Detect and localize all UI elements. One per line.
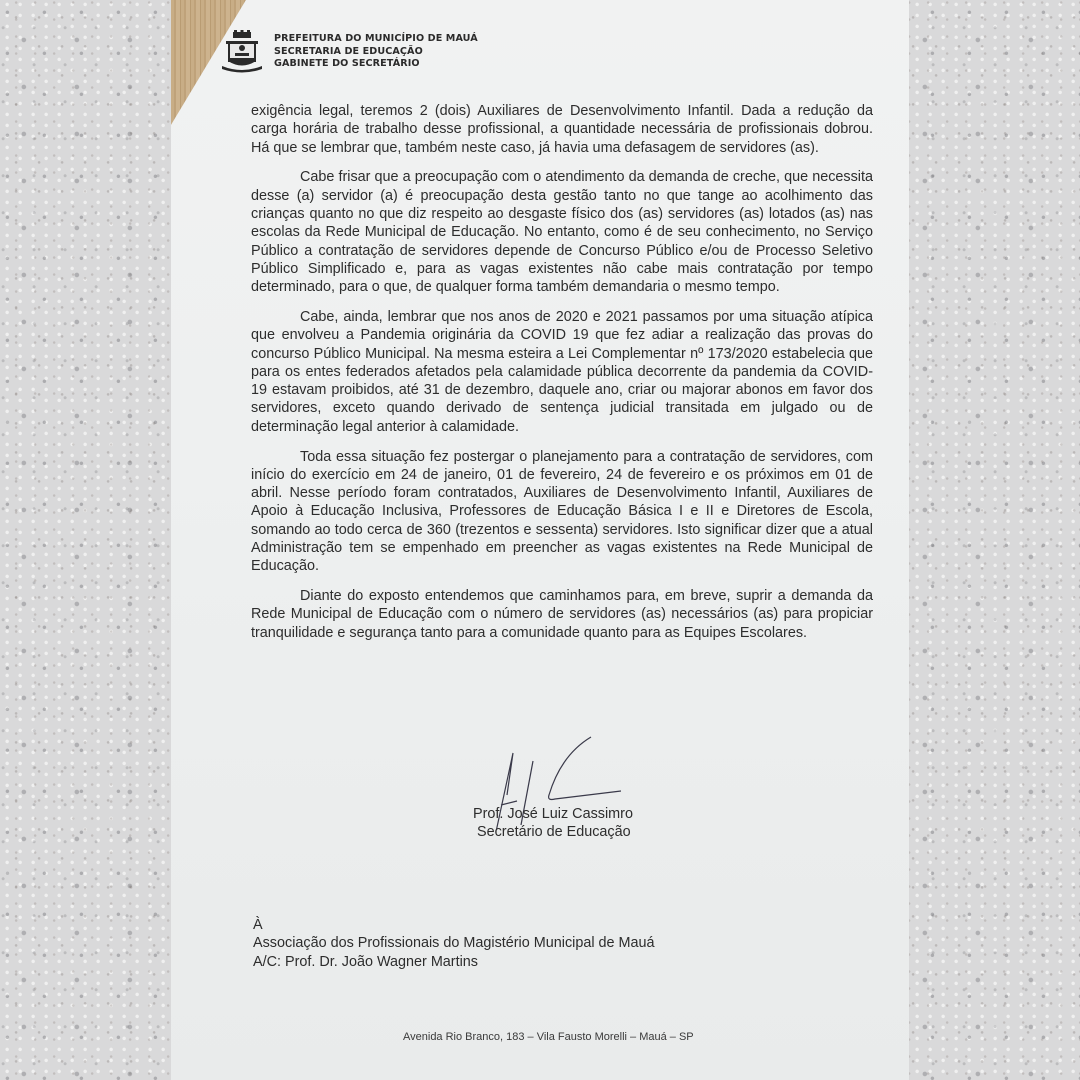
municipal-coat-of-arms-icon	[220, 30, 264, 74]
addressee-salutation: À	[253, 916, 655, 934]
letter-page: PREFEITURA DO MUNICÍPIO DE MAUÁ SECRETAR…	[171, 0, 909, 1080]
letterhead-office: GABINETE DO SECRETÁRIO	[274, 58, 478, 71]
signatory-name: Prof. José Luiz Cassimro	[473, 805, 633, 823]
paragraph-conclusion: Diante do exposto entendemos que caminha…	[251, 587, 873, 642]
footer-address: Avenida Rio Branco, 183 – Vila Fausto Mo…	[403, 1031, 694, 1043]
letterhead-municipality: PREFEITURA DO MUNICÍPIO DE MAUÁ	[274, 33, 478, 46]
addressee-block: À Associação dos Profissionais do Magist…	[253, 916, 655, 971]
signatory-role: Secretário de Educação	[477, 823, 631, 841]
letterhead-secretariat: SECRETARIA DE EDUCAÇÃO	[274, 46, 478, 59]
letterhead-text: PREFEITURA DO MUNICÍPIO DE MAUÁ SECRETAR…	[274, 33, 478, 71]
letter-body: exigência legal, teremos 2 (dois) Auxili…	[251, 102, 873, 654]
addressee-organization: Associação dos Profissionais do Magistér…	[253, 934, 655, 952]
paragraph-continuation: exigência legal, teremos 2 (dois) Auxili…	[251, 102, 873, 157]
addressee-attention: A/C: Prof. Dr. João Wagner Martins	[253, 953, 655, 971]
paragraph-daycare-demand: Cabe frisar que a preocupação com o aten…	[251, 168, 873, 296]
paragraph-pandemic: Cabe, ainda, lembrar que nos anos de 202…	[251, 308, 873, 436]
paragraph-hiring: Toda essa situação fez postergar o plane…	[251, 448, 873, 576]
letterhead: PREFEITURA DO MUNICÍPIO DE MAUÁ SECRETAR…	[220, 30, 478, 74]
